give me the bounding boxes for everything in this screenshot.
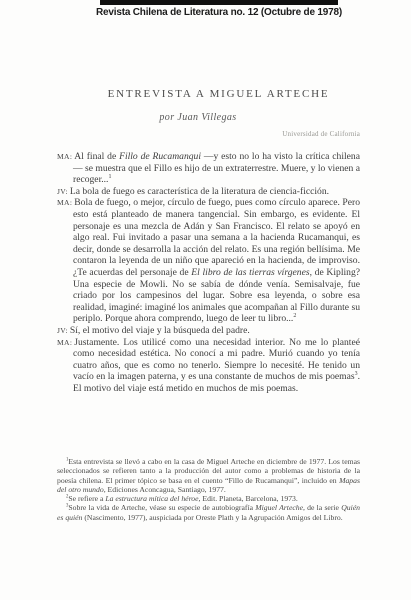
text-run: Justamente. Los utilicé como una necesid…: [73, 337, 360, 383]
speaker-label: JV:: [57, 326, 70, 335]
text-run: , Ediciones Aconcagua, Santiago, 1977.: [104, 485, 226, 494]
dialogue: MA:Al final de Fillo de Rucamanqui —y es…: [57, 151, 360, 394]
text-run: Sobre la vida de Arteche, véase su espec…: [68, 503, 255, 512]
text-run: Fillo de Rucamanqui: [119, 151, 201, 162]
dialogue-paragraph: JV:Sí, el motivo del viaje y la búsqueda…: [57, 325, 360, 337]
text-run: El libro de las tierras vírgenes: [191, 267, 309, 278]
dialogue-paragraph: MA:Bola de fuego, o mejor, círculo de fu…: [57, 197, 360, 325]
text-run: Al final de: [74, 151, 119, 162]
footnote: 1Esta entrevista se llevó a cabo en la c…: [57, 457, 360, 494]
speaker-label: MA:: [57, 198, 74, 207]
footnote: 3Sobre la vida de Arteche, véase su espe…: [57, 503, 360, 522]
speaker-label: MA:: [57, 338, 74, 347]
dialogue-paragraph: JV:La bola de fuego es característica de…: [57, 186, 360, 198]
scanned-journal-page: Revista Chilena de Literatura no. 12 (Oc…: [0, 0, 411, 600]
byline: por Juan Villegas: [37, 112, 359, 123]
journal-title-line: Revista Chilena de Literatura no. 12 (Oc…: [88, 7, 350, 19]
text-run: Se refiere a: [68, 494, 105, 503]
dialogue-paragraph: MA:Al final de Fillo de Rucamanqui —y es…: [57, 151, 360, 186]
footnote: 2Se refiere a La estructura mítica del h…: [57, 494, 360, 503]
text-run: La estructura mítica del héroe: [105, 494, 198, 503]
dialogue-paragraph: MA:Justamente. Los utilicé como una nece…: [57, 337, 360, 395]
article-title: ENTREVISTA A MIGUEL ARTECHE: [60, 88, 377, 100]
footnotes: 1Esta entrevista se llevó a cabo en la c…: [57, 457, 360, 522]
text-run: Miguel Arteche: [255, 503, 303, 512]
footnote-marker: 2: [293, 313, 296, 319]
text-run: (Nascimento, 1977), auspiciada por Orest…: [82, 513, 342, 522]
text-run: , de la serie: [303, 503, 341, 512]
header-black-bar: [100, 0, 338, 5]
affiliation: Universidad de California: [282, 130, 360, 138]
text-run: , Edit. Planeta, Barcelona, 1973.: [199, 494, 298, 503]
text-run: Bola de fuego, o mejor, círculo de fuego…: [73, 197, 360, 278]
footnote-marker: 1: [108, 174, 111, 180]
speaker-label: MA:: [57, 152, 74, 161]
text-run: La bola de fuego es característica de la…: [70, 186, 329, 197]
text-run: Sí, el motivo del viaje y la búsqueda de…: [70, 325, 250, 336]
speaker-label: JV:: [57, 187, 70, 196]
text-run: Esta entrevista se llevó a cabo en la ca…: [57, 457, 360, 485]
